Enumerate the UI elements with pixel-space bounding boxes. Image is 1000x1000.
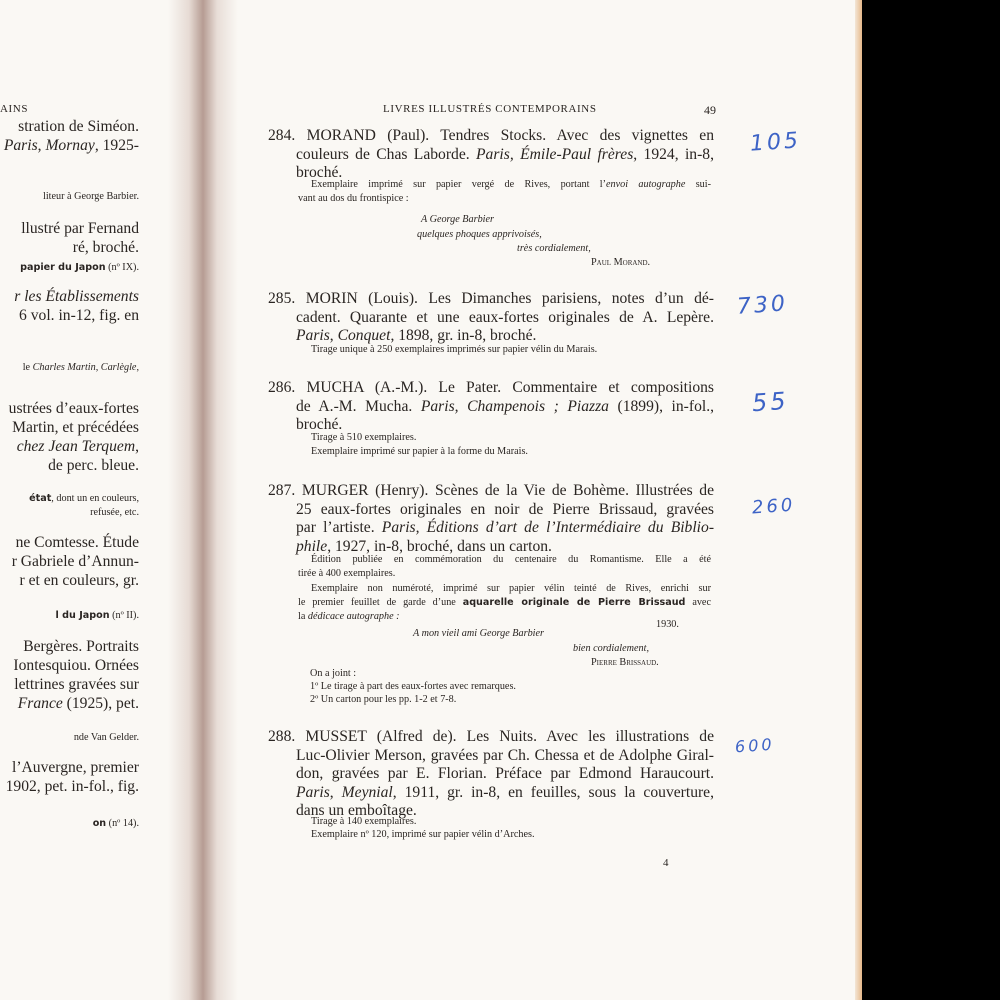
italic-text: Paris, Émile-Paul frères xyxy=(476,146,633,163)
left-page-line: ré, broché. xyxy=(73,239,139,257)
italic-text: France xyxy=(18,695,63,712)
text-run: , xyxy=(330,327,338,344)
text-run: , 1911, gr. in-8, en feuilles, sous la c… xyxy=(393,784,714,801)
entry-note: Tirage à 140 exemplaires. xyxy=(311,815,416,829)
text-run: 2º Un carton pour les pp. 1-2 et 7-8. xyxy=(310,694,456,705)
text-run: par l’artiste. xyxy=(296,519,382,536)
entry-note: On a joint : xyxy=(310,667,356,681)
left-page-line: état, dont un en couleurs, xyxy=(29,493,139,504)
entry-note: Exemplaire non numéroté, imprimé sur pap… xyxy=(311,582,711,596)
entry-note: 2º Un carton pour les pp. 1-2 et 7-8. xyxy=(310,693,456,707)
italic-text: quelques phoques apprivoisés, xyxy=(417,229,542,240)
entry-note: Tirage unique à 250 exemplaires imprimés… xyxy=(311,343,597,357)
text-run: Exemplaire nº 120, imprimé sur papier vé… xyxy=(311,829,535,840)
italic-text: envoi autographe xyxy=(606,179,685,190)
left-page-line: 6 vol. in-12, fig. en xyxy=(19,307,139,325)
text-run: avec xyxy=(685,597,711,608)
italic-text: Paris, Éditions d’art de l’Intermédiaire… xyxy=(382,519,714,536)
text-run: (1925), pet. xyxy=(63,695,139,712)
left-page-line: Paris, Mornay, 1925- xyxy=(4,137,139,155)
signature-name: Paul Morand. xyxy=(591,257,650,268)
italic-text: dédicace autographe : xyxy=(308,611,400,622)
entry-line: par l’artiste. Paris, Éditions d’art de … xyxy=(268,519,714,538)
text-run: 1930. xyxy=(656,619,679,630)
text-run: ne Comtesse. Étude xyxy=(16,534,139,551)
entry-note: quelques phoques apprivoisés, xyxy=(417,228,542,242)
left-running-head: AINS xyxy=(0,103,28,115)
left-page-line: 1902, pet. in-fol., fig. xyxy=(6,778,139,796)
italic-text: Charles Martin, Carlègle xyxy=(33,362,137,373)
entry-note: Exemplaire imprimé sur papier à la forme… xyxy=(311,445,528,459)
text-run: stration de Siméon. xyxy=(18,118,139,135)
entry-line: Paris, Meynial, 1911, gr. in-8, en feuil… xyxy=(268,784,714,803)
left-page-line: on (nº 14). xyxy=(93,818,139,829)
text-run: 285. MORIN (Louis). Les Dimanches parisi… xyxy=(268,290,714,307)
text-run: don, gravées par E. Florian. Préface par… xyxy=(296,765,714,782)
running-head: LIVRES ILLUSTRÉS CONTEMPORAINS xyxy=(383,103,597,115)
text-run: 6 vol. in-12, fig. en xyxy=(19,307,139,324)
italic-text: A mon vieil ami George Barbier xyxy=(413,628,544,639)
text-run: Iontesquiou. Ornées xyxy=(13,657,139,674)
entry-note: 1º Le tirage à part des eaux-fortes avec… xyxy=(310,680,516,694)
left-page-line: stration de Siméon. xyxy=(18,118,139,136)
left-page-line: France (1925), pet. xyxy=(18,695,139,713)
text-run: de perc. bleue. xyxy=(48,457,139,474)
catalogue-entry: 285. MORIN (Louis). Les Dimanches parisi… xyxy=(268,290,714,346)
text-run: (1899), in-fol., xyxy=(609,398,714,415)
text-run: tirée à 400 exemplaires. xyxy=(298,568,395,579)
text-run: , xyxy=(136,362,139,373)
text-run: 284. MORAND (Paul). Tendres Stocks. Avec… xyxy=(268,127,714,144)
left-page-line: r les Établissements xyxy=(14,288,139,306)
book-spread: AINS stration de Siméon.Paris, Mornay, 1… xyxy=(0,0,862,1000)
entry-note: Paul Morand. xyxy=(591,256,650,270)
text-run: 1º Le tirage à part des eaux-fortes avec… xyxy=(310,681,516,692)
entry-note: Pierre Brissaud. xyxy=(591,656,659,670)
entry-line: 287. MURGER (Henry). Scènes de la Vie de… xyxy=(268,482,714,501)
text-run: (nº II). xyxy=(110,610,139,621)
entry-line: 286. MUCHA (A.-M.). Le Pater. Commentair… xyxy=(268,379,714,398)
entry-note: Tirage à 510 exemplaires. xyxy=(311,431,416,445)
text-run: couleurs de Chas Laborde. xyxy=(296,146,476,163)
text-run: Tirage unique à 250 exemplaires imprimés… xyxy=(311,344,597,355)
entry-line: don, gravées par E. Florian. Préface par… xyxy=(268,765,714,784)
text-run: le premier feuillet de garde d’une xyxy=(298,597,463,608)
italic-text: Paris xyxy=(296,327,330,344)
italic-text: Conquet xyxy=(338,327,391,344)
entry-note: Exemplaire imprimé sur papier vergé de R… xyxy=(311,178,711,192)
text-run: Exemplaire imprimé sur papier vergé de R… xyxy=(311,179,606,190)
left-page-line: l du Japon (nº II). xyxy=(56,610,139,621)
text-run: Exemplaire imprimé sur papier à la forme… xyxy=(311,446,528,457)
entry-note: le premier feuillet de garde d’une aquar… xyxy=(298,596,711,610)
bold-text: l du Japon xyxy=(56,610,110,621)
handwritten-price-note: 105 xyxy=(749,128,802,156)
handwritten-price-note: 730 xyxy=(736,291,789,319)
entry-line: Luc-Olivier Merson, gravées par Ch. Ches… xyxy=(268,747,714,766)
left-page-line: llustré par Fernand xyxy=(21,220,139,238)
handwritten-price-note: 600 xyxy=(734,735,775,757)
text-run: le xyxy=(23,362,33,373)
entry-note: tirée à 400 exemplaires. xyxy=(298,567,395,581)
text-run: , xyxy=(330,784,342,801)
text-run: ré, broché. xyxy=(73,239,139,256)
bold-text: aquarelle originale de Pierre Brissaud xyxy=(463,597,686,608)
entry-note: A George Barbier xyxy=(421,213,494,227)
entry-line: de A.-M. Mucha. Paris, Champenois ; Piaz… xyxy=(268,398,714,417)
signature-name: Pierre Brissaud. xyxy=(591,657,659,668)
bold-text: état xyxy=(29,493,51,504)
entry-line: 25 eaux-fortes originales en noir de Pie… xyxy=(268,501,714,520)
text-run: liteur à George Barbier. xyxy=(43,191,139,202)
text-run: la xyxy=(298,611,308,622)
entry-note: vant au dos du frontispice : xyxy=(298,192,409,206)
text-run: (nº 14). xyxy=(106,818,139,829)
left-page-line: papier du Japon (nº IX). xyxy=(20,262,139,273)
entry-line: couleurs de Chas Laborde. Paris, Émile-P… xyxy=(268,146,714,165)
book-gutter xyxy=(168,0,238,1000)
text-run: r et en couleurs, gr. xyxy=(19,572,139,589)
handwritten-price-note: 55 xyxy=(751,387,789,417)
signature-mark: 4 xyxy=(663,857,669,869)
entry-note: A mon vieil ami George Barbier xyxy=(413,627,544,641)
text-run: 1902, pet. in-fol., fig. xyxy=(6,778,139,795)
text-run: 287. MURGER (Henry). Scènes de la Vie de… xyxy=(268,482,714,499)
italic-text: A George Barbier xyxy=(421,214,494,225)
italic-text: Paris xyxy=(4,137,38,154)
italic-text: bien cordialement, xyxy=(573,643,649,654)
text-run: cadent. Quarante et une eaux-fortes orig… xyxy=(296,309,714,326)
italic-text: Mornay xyxy=(45,137,94,154)
left-page-line: liteur à George Barbier. xyxy=(43,191,139,202)
entry-note: bien cordialement, xyxy=(573,642,649,656)
text-run: Tirage à 140 exemplaires. xyxy=(311,816,416,827)
text-run: 25 eaux-fortes originales en noir de Pie… xyxy=(296,501,714,518)
page-number: 49 xyxy=(704,103,716,118)
catalogue-entry: 287. MURGER (Henry). Scènes de la Vie de… xyxy=(268,482,714,556)
text-run: , xyxy=(135,438,139,455)
entry-line: 284. MORAND (Paul). Tendres Stocks. Avec… xyxy=(268,127,714,146)
text-run: (nº IX). xyxy=(106,262,139,273)
text-run: ustrées d’eaux-fortes xyxy=(9,400,139,417)
left-page-line: de perc. bleue. xyxy=(48,457,139,475)
catalogue-entry: 284. MORAND (Paul). Tendres Stocks. Avec… xyxy=(268,127,714,183)
text-run: nde Van Gelder. xyxy=(74,732,139,743)
text-run: 288. MUSSET (Alfred de). Les Nuits. Avec… xyxy=(268,728,714,745)
italic-text: Paris, Champenois ; Piazza xyxy=(421,398,609,415)
left-page-line: Iontesquiou. Ornées xyxy=(13,657,139,675)
entry-note: 1930. xyxy=(656,618,679,632)
catalogue-entry: 286. MUCHA (A.-M.). Le Pater. Commentair… xyxy=(268,379,714,435)
entry-line: cadent. Quarante et une eaux-fortes orig… xyxy=(268,309,714,328)
left-page-line: le Charles Martin, Carlègle, xyxy=(23,362,139,373)
text-run: Martin, et précédées xyxy=(12,419,139,436)
italic-text: chez Jean Terquem xyxy=(17,438,135,455)
text-run: , 1924, in-8, xyxy=(633,146,714,163)
left-page-line: l’Auvergne, premier xyxy=(12,759,139,777)
text-run: Luc-Olivier Merson, gravées par Ch. Ches… xyxy=(296,747,714,764)
text-run: vant au dos du frontispice : xyxy=(298,193,409,204)
left-page-line: Martin, et précédées xyxy=(12,419,139,437)
text-run: llustré par Fernand xyxy=(21,220,139,237)
entry-note: Exemplaire nº 120, imprimé sur papier vé… xyxy=(311,828,535,842)
text-run: l’Auvergne, premier xyxy=(12,759,139,776)
left-page-line: refusée, etc. xyxy=(90,507,139,518)
handwritten-price-note: 260 xyxy=(751,495,796,519)
entry-line: 288. MUSSET (Alfred de). Les Nuits. Avec… xyxy=(268,728,714,747)
catalogue-entry: 288. MUSSET (Alfred de). Les Nuits. Avec… xyxy=(268,728,714,821)
text-run: Tirage à 510 exemplaires. xyxy=(311,432,416,443)
entry-line: 285. MORIN (Louis). Les Dimanches parisi… xyxy=(268,290,714,309)
left-page-line: ne Comtesse. Étude xyxy=(16,534,139,552)
left-page-line: ustrées d’eaux-fortes xyxy=(9,400,139,418)
left-page-line: r Gabriele d’Annun- xyxy=(12,553,139,571)
text-run: Bergères. Portraits xyxy=(23,638,139,655)
left-page-line: Bergères. Portraits xyxy=(23,638,139,656)
text-run: , 1925- xyxy=(95,137,139,154)
entry-note: Édition publiée en commémoration du cent… xyxy=(311,553,711,567)
left-page-line: chez Jean Terquem, xyxy=(17,438,139,456)
italic-text: Paris xyxy=(296,784,330,801)
left-page-line: r et en couleurs, gr. xyxy=(19,572,139,590)
page-edge xyxy=(855,0,862,1000)
italic-text: r les Établissements xyxy=(14,288,139,305)
bold-text: papier du Japon xyxy=(20,262,105,273)
text-run: r Gabriele d’Annun- xyxy=(12,553,139,570)
text-run: de A.-M. Mucha. xyxy=(296,398,421,415)
text-run: refusée, etc. xyxy=(90,507,139,518)
text-run: , 1898, gr. in-8, broché. xyxy=(390,327,536,344)
bold-text: on xyxy=(93,818,106,829)
text-run: , dont un en couleurs, xyxy=(51,493,139,504)
left-page-line: lettrines gravées sur xyxy=(14,676,139,694)
italic-text: très cordialement, xyxy=(517,243,591,254)
left-page-line: nde Van Gelder. xyxy=(74,732,139,743)
entry-note: la dédicace autographe : xyxy=(298,610,400,624)
text-run: On a joint : xyxy=(310,668,356,679)
text-run: 286. MUCHA (A.-M.). Le Pater. Commentair… xyxy=(268,379,714,396)
entry-note: très cordialement, xyxy=(517,242,591,256)
text-run: Édition publiée en commémoration du cent… xyxy=(311,554,711,565)
text-run: Exemplaire non numéroté, imprimé sur pap… xyxy=(311,583,711,594)
italic-text: Meynial xyxy=(342,784,393,801)
text-run: sui- xyxy=(685,179,711,190)
text-run: lettrines gravées sur xyxy=(14,676,139,693)
